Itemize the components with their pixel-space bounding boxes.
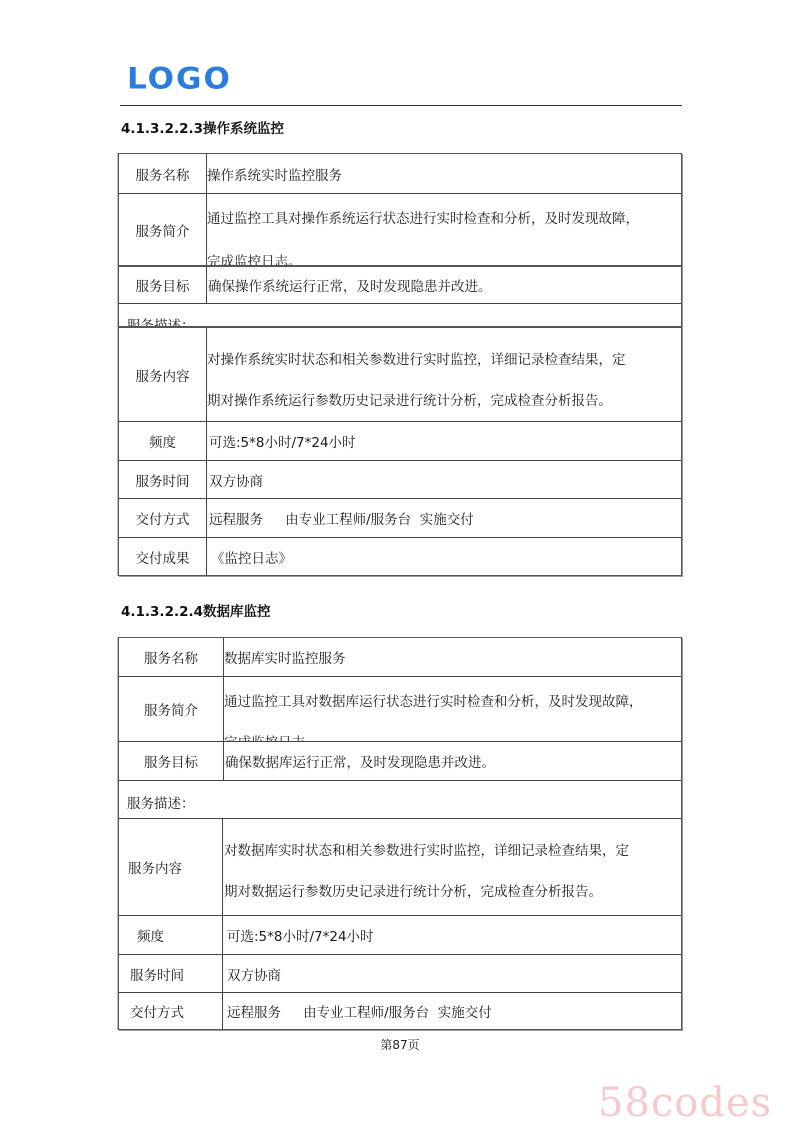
value-frequency: 可选:5*8小时/7*24小时 (227, 916, 681, 954)
value-service-time: 双方协商 (227, 955, 681, 992)
label-service-goal: 服务目标 (119, 267, 207, 303)
service-table-db-monitoring: 服务名称 数据库实时监控服务 服务简介 通过监控工具对数据库运行状态进行实时检查… (118, 637, 682, 1030)
table-row-service-time: 服务时间 双方协商 (119, 460, 681, 498)
table-row-service-intro: 服务简介 通过监控工具对操作系统运行状态进行实时检查和分析，及时发现故障， 完成… (119, 193, 681, 265)
value-service-content: 对数据库实时状态和相关参数进行实时监控，详细记录检查结果，定 期对数据运行参数历… (224, 819, 681, 915)
section-heading-os-monitoring: 4.1.3.2.2.3操作系统监控 (121, 120, 284, 138)
content-line-1: 对操作系统实时状态和相关参数进行实时监控，详细记录检查结果，定 (207, 348, 626, 368)
table-row-delivery-method: 交付方式 远程服务 由专业工程师/服务台 实施交付 (119, 992, 681, 1029)
table-row-frequency: 频度 可选:5*8小时/7*24小时 (119, 915, 681, 954)
table-row-service-time: 服务时间 双方协商 (119, 954, 681, 992)
label-service-name: 服务名称 (119, 154, 207, 193)
label-service-description: 服务描述： (127, 792, 195, 812)
service-table-os-monitoring: 服务名称 操作系统实时监控服务 服务简介 通过监控工具对操作系统运行状态进行实时… (118, 153, 682, 576)
content-line-2: 期对操作系统运行参数历史记录进行统计分析，完成检查分析报告。 (207, 389, 612, 409)
label-service-intro: 服务简介 (119, 194, 207, 265)
value-service-name: 操作系统实时监控服务 (207, 154, 681, 193)
table-row-service-content: 服务内容 对操作系统实时状态和相关参数进行实时监控，详细记录检查结果，定 期对操… (119, 326, 681, 421)
label-service-time: 服务时间 (119, 955, 223, 992)
label-service-goal: 服务目标 (119, 742, 224, 780)
logo: LOGO (127, 64, 232, 94)
value-service-name: 数据库实时监控服务 (224, 638, 681, 676)
label-frequency: 频度 (119, 422, 207, 460)
label-delivery-method: 交付方式 (119, 499, 207, 537)
value-service-goal: 确保操作系统运行正常，及时发现隐患并改进。 (208, 267, 681, 303)
label-service-name: 服务名称 (119, 638, 224, 676)
table-row-service-description: 服务描述： (119, 780, 681, 818)
section-heading-db-monitoring: 4.1.3.2.2.4数据库监控 (121, 603, 271, 621)
value-frequency: 可选:5*8小时/7*24小时 (209, 422, 681, 460)
table-row-service-name: 服务名称 数据库实时监控服务 (119, 638, 681, 676)
table-row-service-description: 服务描述： (119, 303, 681, 326)
table-row-service-goal: 服务目标 确保操作系统运行正常，及时发现隐患并改进。 (119, 265, 681, 303)
label-service-description: 服务描述： (127, 314, 195, 326)
watermark: 58codes (598, 1080, 772, 1126)
page-number: 第87页 (0, 1036, 800, 1053)
table-row-frequency: 频度 可选:5*8小时/7*24小时 (119, 421, 681, 460)
intro-line-1: 通过监控工具对数据库运行状态进行实时检查和分析，及时发现故障， (224, 690, 643, 710)
label-service-content: 服务内容 (119, 328, 207, 421)
value-service-intro: 通过监控工具对操作系统运行状态进行实时检查和分析，及时发现故障， 完成监控日志。 (207, 194, 681, 265)
value-delivery-result: 《监控日志》 (211, 538, 681, 575)
value-service-intro: 通过监控工具对数据库运行状态进行实时检查和分析，及时发现故障， 完成监控日志。 (224, 677, 681, 741)
intro-line-2: 完成监控日志。 (207, 250, 302, 265)
value-delivery-method: 远程服务 由专业工程师/服务台 实施交付 (209, 499, 681, 537)
table-row-delivery-result: 交付成果 《监控日志》 (119, 537, 681, 575)
table-row-service-goal: 服务目标 确保数据库运行正常，及时发现隐患并改进。 (119, 741, 681, 780)
value-service-time: 双方协商 (209, 461, 681, 498)
intro-line-1: 通过监控工具对操作系统运行状态进行实时检查和分析，及时发现故障， (207, 207, 639, 227)
label-delivery-method: 交付方式 (119, 993, 223, 1029)
label-delivery-result: 交付成果 (119, 538, 207, 575)
label-service-content: 服务内容 (119, 819, 223, 915)
header-divider (120, 105, 682, 106)
table-row-delivery-method: 交付方式 远程服务 由专业工程师/服务台 实施交付 (119, 498, 681, 537)
table-row-service-content: 服务内容 对数据库实时状态和相关参数进行实时监控，详细记录检查结果，定 期对数据… (119, 818, 681, 915)
label-frequency: 频度 (119, 916, 223, 954)
table-row-service-name: 服务名称 操作系统实时监控服务 (119, 154, 681, 193)
label-service-time: 服务时间 (119, 461, 207, 498)
intro-line-2: 完成监控日志。 (224, 731, 319, 741)
value-service-goal: 确保数据库运行正常，及时发现隐患并改进。 (225, 742, 681, 780)
content-line-1: 对数据库实时状态和相关参数进行实时监控，详细记录检查结果，定 (224, 839, 629, 859)
table-row-service-intro: 服务简介 通过监控工具对数据库运行状态进行实时检查和分析，及时发现故障， 完成监… (119, 676, 681, 741)
value-service-content: 对操作系统实时状态和相关参数进行实时监控，详细记录检查结果，定 期对操作系统运行… (207, 328, 681, 421)
content-line-2: 期对数据运行参数历史记录进行统计分析，完成检查分析报告。 (224, 880, 602, 900)
value-delivery-method: 远程服务 由专业工程师/服务台 实施交付 (227, 993, 681, 1029)
label-service-intro: 服务简介 (119, 677, 224, 741)
